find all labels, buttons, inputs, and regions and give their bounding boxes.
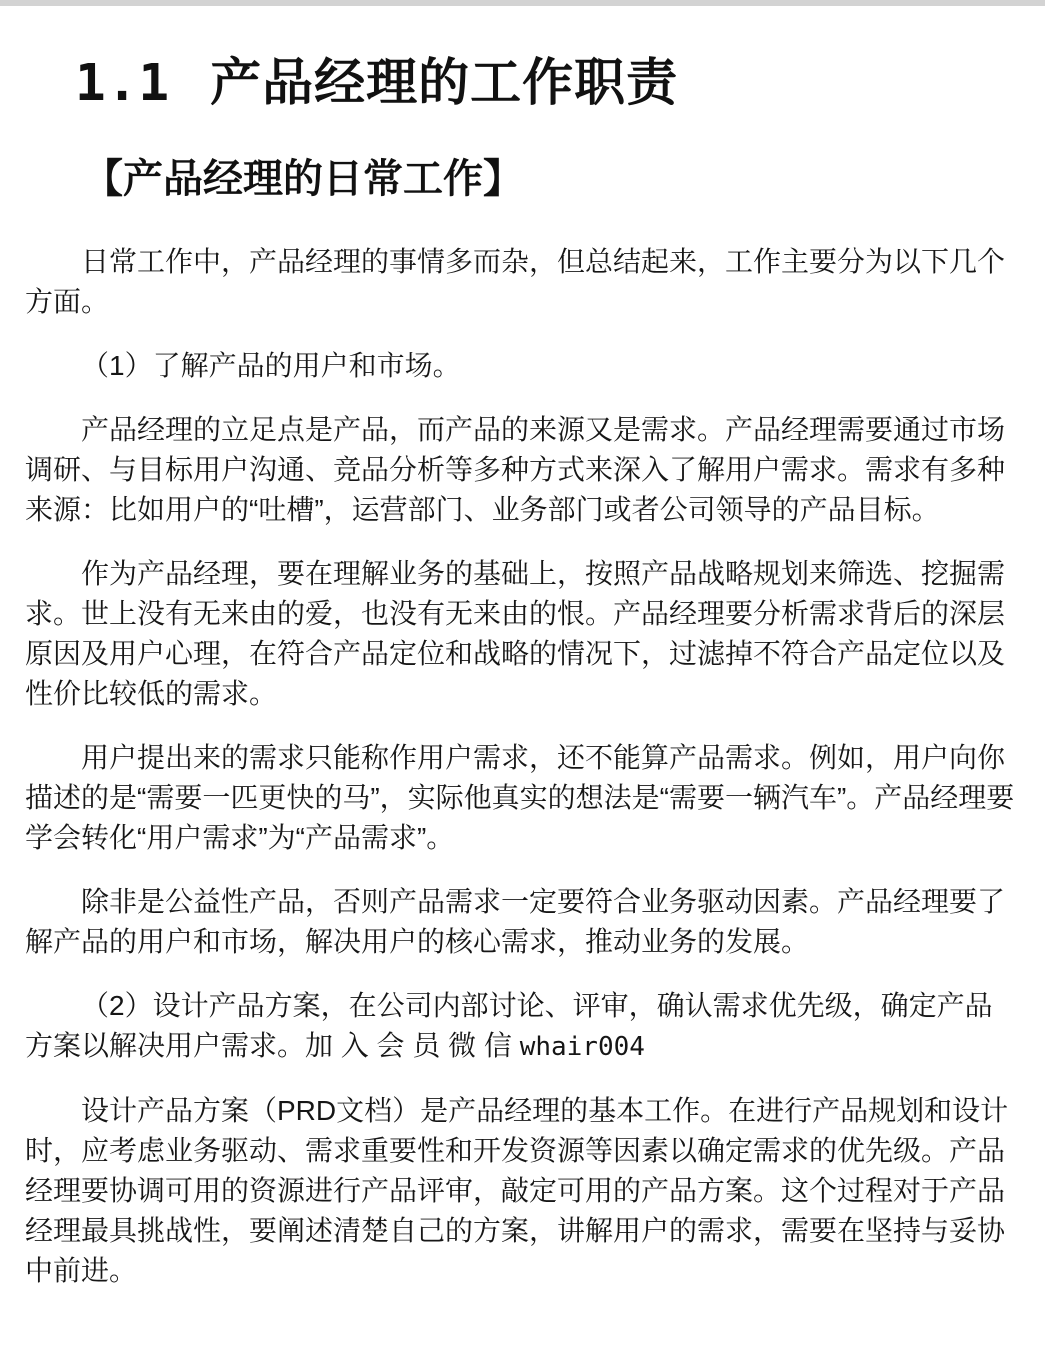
paragraph-prd-design: 设计产品方案（PRD文档）是产品经理的基本工作。在进行产品规划和设计时，应考虑业… <box>25 1091 1020 1291</box>
paragraph-text: 设计产品方案（PRD文档）是产品经理的基本工作。在进行产品规划和设计时，应考虑业… <box>25 1095 1008 1286</box>
paragraph-text: 产品经理的立足点是产品，而产品的来源又是需求。产品经理需要通过市场调研、与目标用… <box>25 414 1005 525</box>
subsection-heading: 【产品经理的日常工作】 <box>83 154 1020 204</box>
paragraph-user-market: 产品经理的立足点是产品，而产品的来源又是需求。产品经理需要通过市场调研、与目标用… <box>25 410 1020 530</box>
paragraph-item-1: （1）了解产品的用户和市场。 <box>25 346 1020 386</box>
section-title: 产品经理的工作职责 <box>210 54 678 111</box>
paragraph-text: 用户提出来的需求只能称作用户需求，还不能算产品需求。例如，用户向你描述的是“需要… <box>25 742 1014 853</box>
section-number: 1.1 <box>75 54 170 113</box>
paragraph-text: 除非是公益性产品，否则产品需求一定要符合业务驱动因素。产品经理要了解产品的用户和… <box>25 886 1005 957</box>
paragraph-text: 作为产品经理，要在理解业务的基础上，按照产品战略规划来筛选、挖掘需求。世上没有无… <box>25 558 1005 709</box>
paragraph-user-need-vs-product-need: 用户提出来的需求只能称作用户需求，还不能算产品需求。例如，用户向你描述的是“需要… <box>25 738 1020 858</box>
paragraph-item-2: （2）设计产品方案，在公司内部讨论、评审，确认需求优先级，确定产品方案以解决用户… <box>25 986 1020 1067</box>
paragraph-text: （1）了解产品的用户和市场。 <box>81 350 461 381</box>
paragraph-business-driver: 除非是公益性产品，否则产品需求一定要符合业务驱动因素。产品经理要了解产品的用户和… <box>25 882 1020 962</box>
wechat-id-watermark: whair004 <box>520 1032 645 1062</box>
section-heading: 1.1产品经理的工作职责 <box>75 54 1020 114</box>
body-text: 日常工作中，产品经理的事情多而杂，但总结起来，工作主要分为以下几个方面。 （1）… <box>25 242 1020 1291</box>
paragraph-intro: 日常工作中，产品经理的事情多而杂，但总结起来，工作主要分为以下几个方面。 <box>25 242 1020 322</box>
document-page: 1.1产品经理的工作职责 【产品经理的日常工作】 日常工作中，产品经理的事情多而… <box>0 54 1045 1291</box>
paragraph-text: （2）设计产品方案，在公司内部讨论、评审，确认需求优先级，确定产品方案以解决用户… <box>25 990 993 1061</box>
top-edge-strip <box>0 0 1045 6</box>
paragraph-strategy-filter: 作为产品经理，要在理解业务的基础上，按照产品战略规划来筛选、挖掘需求。世上没有无… <box>25 554 1020 714</box>
paragraph-text: 日常工作中，产品经理的事情多而杂，但总结起来，工作主要分为以下几个方面。 <box>25 246 1005 317</box>
